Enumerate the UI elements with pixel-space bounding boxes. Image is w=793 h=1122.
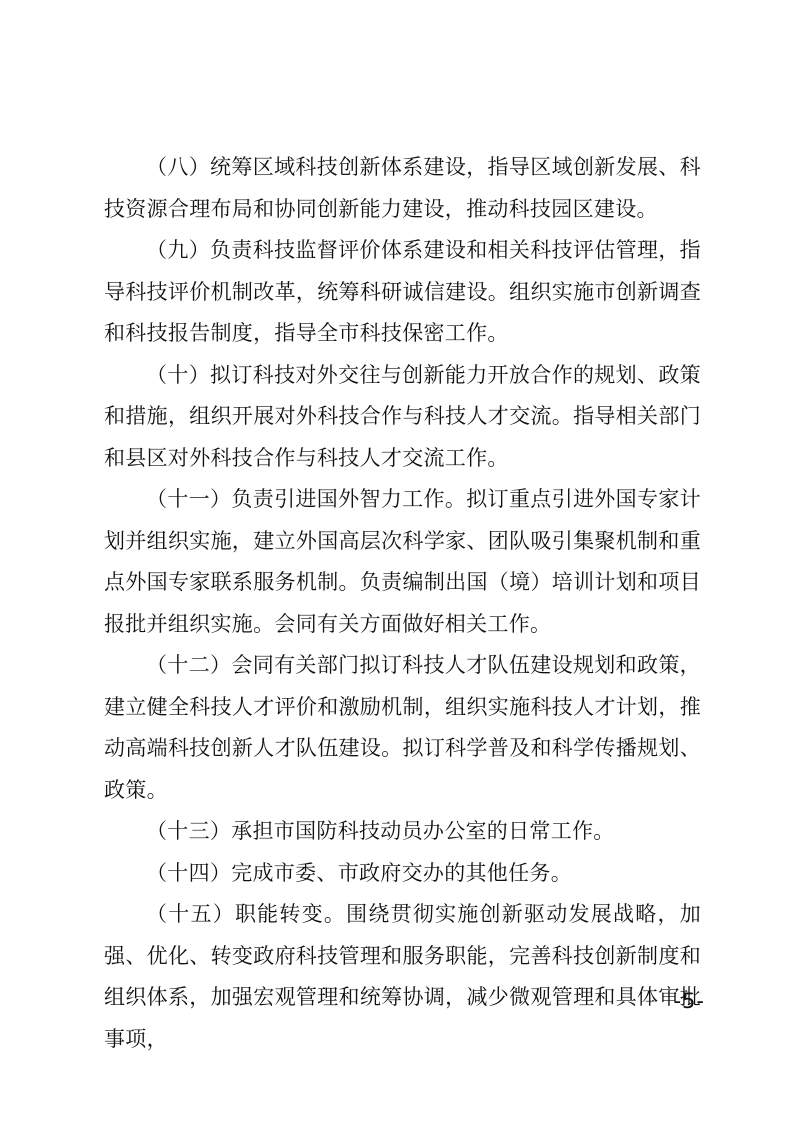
document-page: （八）统筹区域科技创新体系建设，指导区域创新发展、科技资源合理布局和协同创新能力… (0, 0, 793, 1122)
paragraph-item-11: （十一）负责引进国外智力工作。拟订重点引进外国专家计划并组织实施，建立外国高层次… (104, 479, 701, 645)
paragraph-item-12: （十二）会同有关部门拟订科技人才队伍建设规划和政策，建立健全科技人才评价和激励机… (104, 645, 701, 811)
paragraph-item-14: （十四）完成市委、市政府交办的其他任务。 (104, 853, 701, 895)
paragraph-item-9: （九）负责科技监督评价体系建设和相关科技评估管理，指导科技评价机制改革，统筹科研… (104, 230, 701, 355)
paragraph-item-10: （十）拟订科技对外交往与创新能力开放合作的规划、政策和措施，组织开展对外科技合作… (104, 355, 701, 480)
paragraph-item-15: （十五）职能转变。围绕贯彻实施创新驱动发展战略，加强、优化、转变政府科技管理和服… (104, 894, 701, 1060)
document-body: （八）统筹区域科技创新体系建设，指导区域创新发展、科技资源合理布局和协同创新能力… (104, 147, 701, 1060)
paragraph-item-8: （八）统筹区域科技创新体系建设，指导区域创新发展、科技资源合理布局和协同创新能力… (104, 147, 701, 230)
page-number: -5- (673, 989, 705, 1013)
paragraph-item-13: （十三）承担市国防科技动员办公室的日常工作。 (104, 811, 701, 853)
